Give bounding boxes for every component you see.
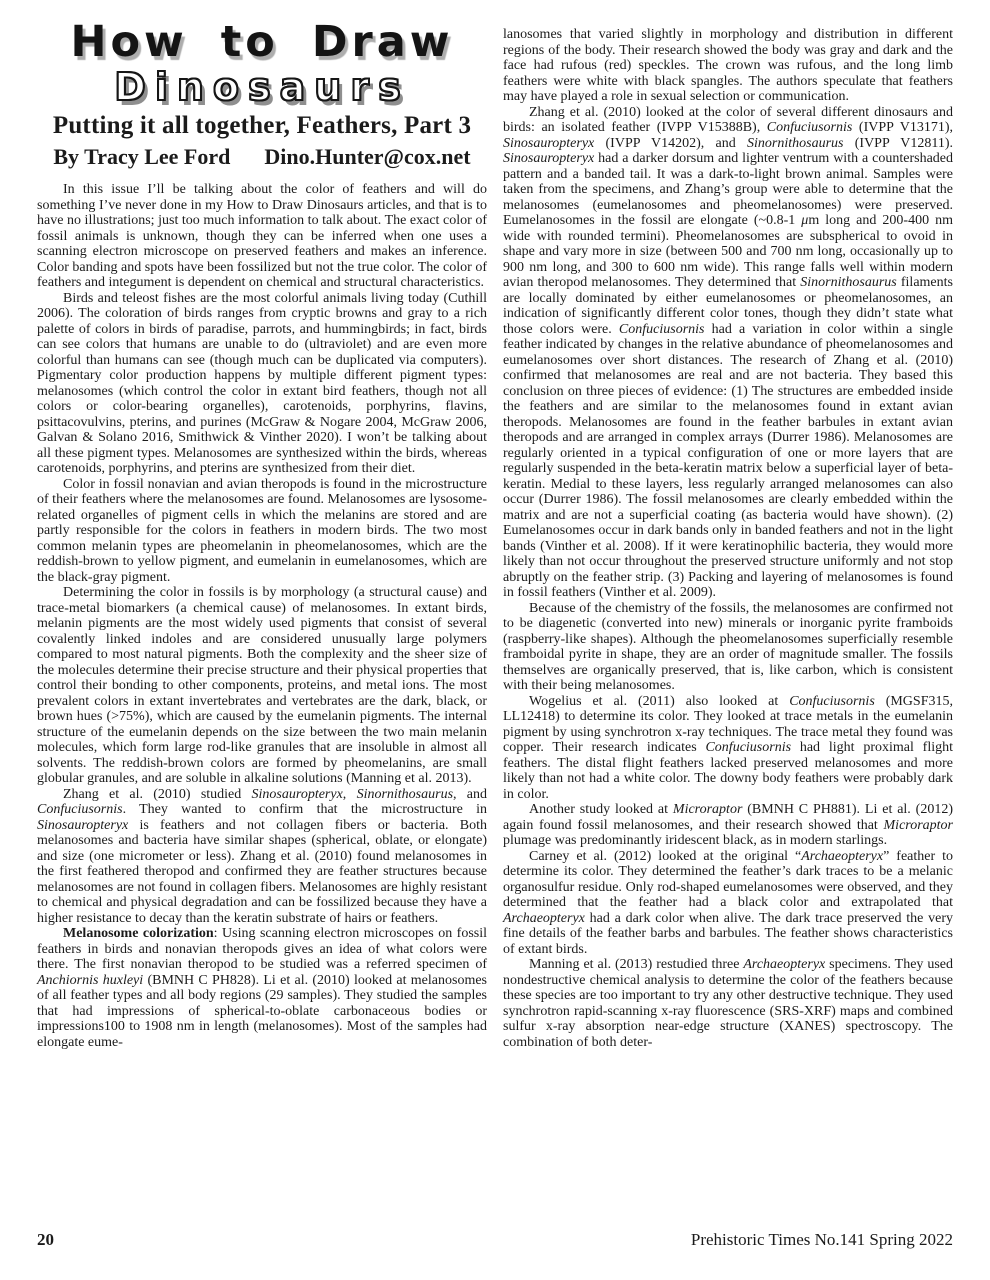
left-column: How to Draw Dinosaurs Putting it all tog… [37, 0, 487, 1050]
paragraph: Carney et al. (2012) looked at the origi… [503, 849, 953, 958]
article-title-line1: How to Draw [37, 20, 487, 65]
left-column-text: In this issue I’ll be talking about the … [37, 182, 487, 1050]
magazine-page: How to Draw Dinosaurs Putting it all tog… [0, 0, 990, 1280]
page-footer: 20 Prehistoric Times No.141 Spring 2022 [37, 1230, 953, 1250]
paragraph: Birds and teleost fishes are the most co… [37, 291, 487, 477]
article-title-line2: Dinosaurs [37, 68, 487, 108]
author-name: By Tracy Lee Ford [53, 144, 230, 170]
paragraph: In this issue I’ll be talking about the … [37, 182, 487, 291]
right-column-text: lanosomes that varied slightly in morpho… [503, 27, 953, 1050]
author-email: Dino.Hunter@cox.net [264, 144, 470, 170]
paragraph: lanosomes that varied slightly in morpho… [503, 27, 953, 105]
right-column: lanosomes that varied slightly in morpho… [503, 0, 953, 1050]
paragraph: Color in fossil nonavian and avian thero… [37, 477, 487, 586]
article-columns: How to Draw Dinosaurs Putting it all tog… [0, 0, 990, 1050]
article-subtitle: Putting it all together, Feathers, Part … [37, 112, 487, 140]
paragraph: Another study looked at Microraptor (BMN… [503, 802, 953, 849]
paragraph: Manning et al. (2013) restudied three Ar… [503, 957, 953, 1050]
journal-issue-line: Prehistoric Times No.141 Spring 2022 [691, 1230, 953, 1250]
masthead: How to Draw Dinosaurs Putting it all tog… [37, 0, 487, 170]
paragraph: Melanosome colorization: Using scanning … [37, 926, 487, 1050]
paragraph: Zhang et al. (2010) looked at the color … [503, 105, 953, 601]
page-number: 20 [37, 1230, 54, 1250]
paragraph: Because of the chemistry of the fossils,… [503, 601, 953, 694]
paragraph: Wogelius et al. (2011) also looked at Co… [503, 694, 953, 803]
paragraph: Determining the color in fossils is by m… [37, 585, 487, 787]
byline-row: By Tracy Lee Ford Dino.Hunter@cox.net [37, 144, 487, 170]
paragraph: Zhang et al. (2010) studied Sinosauropte… [37, 787, 487, 927]
